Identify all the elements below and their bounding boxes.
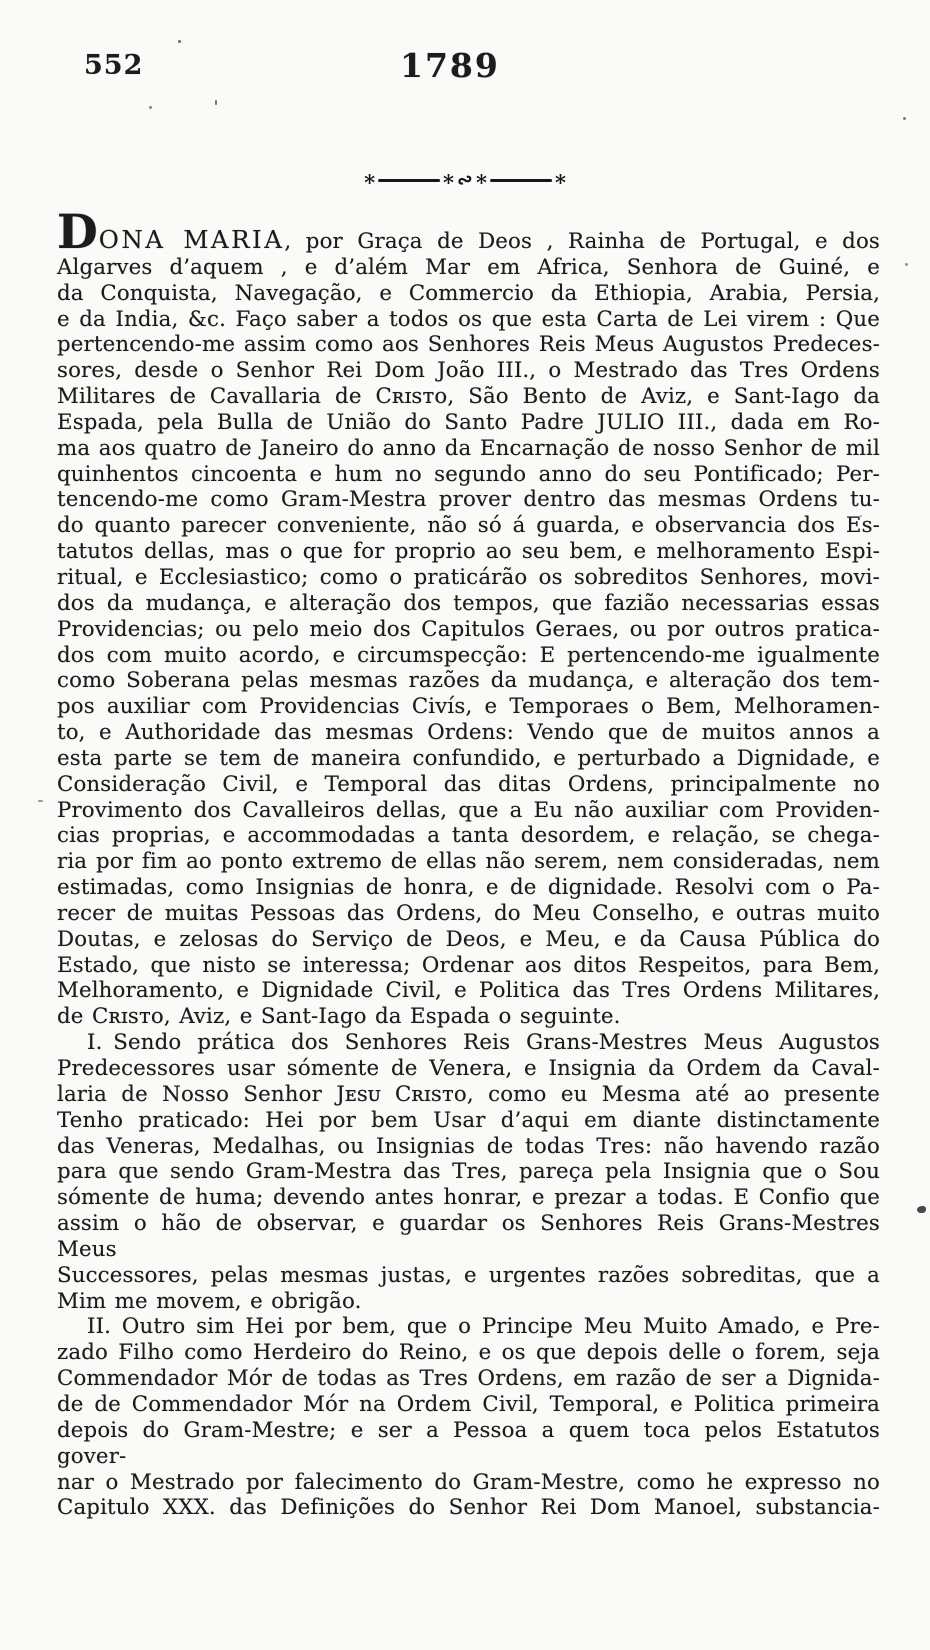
text-line: Melhoramento, e Dignidade Civil, e Polit…	[57, 978, 880, 1004]
text-line: dos da mudança, e alteração dos tempos, …	[57, 591, 880, 617]
text-line: zado Filho como Herdeiro do Reino, e os …	[57, 1340, 880, 1366]
section-divider-ornament: * * ∾ * *	[364, 170, 566, 191]
text-line: laria de Nosso Senhor Jᴇsᴜ Cʀɪѕтo, como …	[57, 1082, 880, 1108]
text-line: Predecessores usar sómente de Venera, e …	[57, 1056, 880, 1082]
text-line: I. Sendo prática dos Senhores Reis Grans…	[57, 1030, 880, 1056]
scan-speck	[860, 515, 862, 517]
document-page: 552 1789 * * ∾ * * DONA MARIA, por Graça…	[0, 0, 930, 1650]
text-line: pertencendo-me assim como aos Senhores R…	[57, 332, 880, 358]
text-line: ria por fim ao ponto extremo de ellas nã…	[57, 849, 880, 875]
paragraph: DONA MARIA, por Graça de Deos , Rainha d…	[57, 229, 880, 1030]
text-line: do quanto parecer conveniente, não só á …	[57, 513, 880, 539]
page-year-heading: 1789	[400, 46, 500, 85]
text-line: estimadas, como Insignias de honra, e de…	[57, 875, 880, 901]
scan-speck	[178, 40, 181, 43]
text-line: como Soberana pelas mesmas razões da mud…	[57, 668, 880, 694]
text-line: Provimento dos Cavalleiros dellas, que a…	[57, 798, 880, 824]
text-line: tencendo-me como Gram-Mestra prover dent…	[57, 487, 880, 513]
asterisk-ornament-icon: *	[443, 172, 454, 193]
lead-caps: ONA MARIA	[99, 225, 285, 254]
text-line: pos auxiliar com Providencias Civís, e T…	[57, 694, 880, 720]
ink-blot	[917, 1206, 926, 1213]
text-line: e da India, &c. Faço saber a todos os qu…	[57, 307, 880, 333]
text-line: Successores, pelas mesmas justas, e urge…	[57, 1263, 880, 1289]
text-line: dos com muito acordo, e circumspecção: E…	[57, 643, 880, 669]
text-line: esta parte se tem de maneira confundido,…	[57, 746, 880, 772]
text-line: sores, desde o Senhor Rei Dom João III.,…	[57, 358, 880, 384]
paragraph: I. Sendo prática dos Senhores Reis Grans…	[57, 1030, 880, 1314]
text-line: assim o hão de observar, e guardar os Se…	[57, 1211, 880, 1263]
text-line: ma aos quatro de Janeiro do anno da Enca…	[57, 436, 880, 462]
text-line: de Cʀɪѕтo, Aviz, e Sant-Iago da Espada o…	[57, 1004, 880, 1030]
loop-ornament-icon: ∾	[454, 169, 475, 192]
divider-rule	[378, 179, 440, 183]
text-line: Mim me movem, e obrigão.	[57, 1289, 880, 1315]
asterisk-ornament-icon: *	[555, 172, 566, 193]
text-line: Capitulo XXX. das Definições do Senhor R…	[57, 1495, 880, 1521]
paragraph: II. Outro sim Hei por bem, que o Princip…	[57, 1314, 880, 1521]
text-line: de de Commendador Mór na Ordem Civil, Te…	[57, 1392, 880, 1418]
scan-speck	[903, 117, 906, 120]
text-line: sómente de huma; devendo antes honrar, e…	[57, 1185, 880, 1211]
text-line: Doutas, e zelosas do Serviço de Deos, e …	[57, 927, 880, 953]
text-line: da Conquista, Navegação, e Commercio da …	[57, 281, 880, 307]
asterisk-ornament-icon: *	[476, 172, 487, 193]
text-line: cias proprias, e accommodadas a tanta de…	[57, 823, 880, 849]
page-number: 552	[84, 50, 143, 81]
raised-initial: D	[57, 205, 99, 260]
scan-speck	[905, 263, 908, 266]
text-line: Militares de Cavallaria de Cʀɪѕтo, São B…	[57, 384, 880, 410]
text-line: para que sendo Gram-Mestra das Tres, par…	[57, 1159, 880, 1185]
text-line: quinhentos cincoenta e hum no segundo an…	[57, 462, 880, 488]
lead-rest: , por Graça de Deos , Rainha de Portugal…	[284, 229, 880, 254]
text-line: ritual, e Ecclesiastico; como o praticár…	[57, 565, 880, 591]
text-line: recer de muitas Pessoas das Ordens, do M…	[57, 901, 880, 927]
text-line: tatutos dellas, mas o que for proprio ao…	[57, 539, 880, 565]
text-line: Consideração Civil, e Temporal das ditas…	[57, 772, 880, 798]
text-line: depois do Gram-Mestre; e ser a Pessoa a …	[57, 1418, 880, 1470]
text-line: das Veneras, Medalhas, ou Insignias de t…	[57, 1134, 880, 1160]
document-text-body: DONA MARIA, por Graça de Deos , Rainha d…	[57, 229, 880, 1521]
text-line: Espada, pela Bulla de União do Santo Pad…	[57, 410, 880, 436]
text-line: Tenho praticado: Hei por bem Usar d’aqui…	[57, 1108, 880, 1134]
text-line: to, e Authoridade das mesmas Ordens: Ven…	[57, 720, 880, 746]
divider-rule	[490, 179, 552, 183]
text-line: Providencias; ou pelo meio dos Capitulos…	[57, 617, 880, 643]
text-line: Commendador Mór de todas as Tres Ordens,…	[57, 1366, 880, 1392]
text-line: DONA MARIA, por Graça de Deos , Rainha d…	[57, 229, 880, 255]
scan-speck	[149, 106, 152, 109]
scan-speck	[38, 800, 43, 802]
scan-speck	[215, 100, 217, 105]
text-line: II. Outro sim Hei por bem, que o Princip…	[57, 1314, 880, 1340]
asterisk-ornament-icon: *	[364, 172, 375, 193]
text-line: Estado, que nisto se interessa; Ordenar …	[57, 953, 880, 979]
text-line: nar o Mestrado por falecimento do Gram-M…	[57, 1470, 880, 1496]
text-line: Algarves d’aquem , e d’além Mar em Afric…	[57, 255, 880, 281]
